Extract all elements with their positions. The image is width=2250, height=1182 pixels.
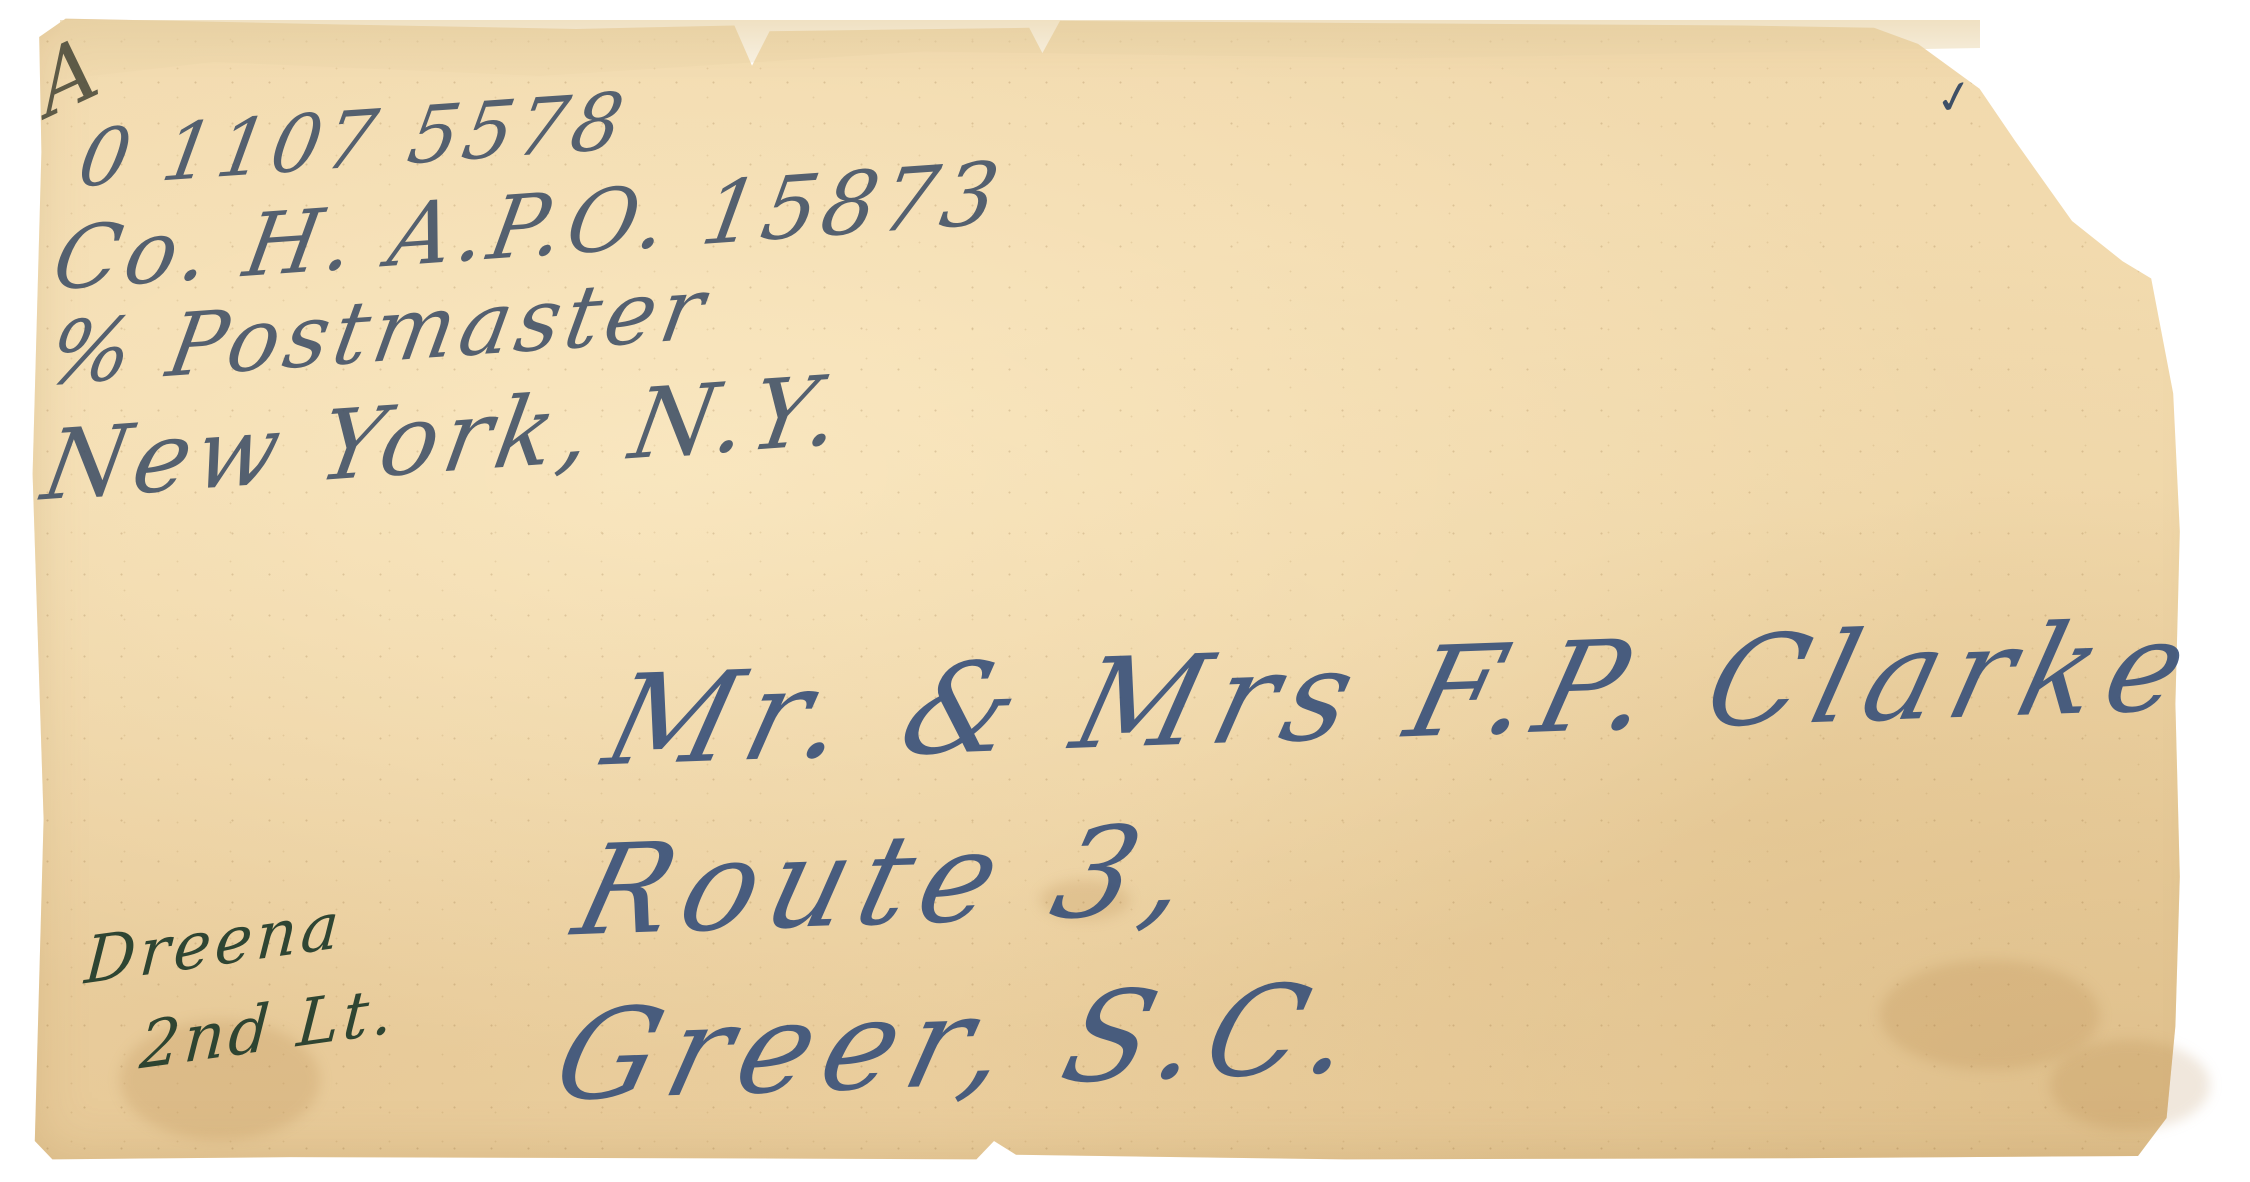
- check-mark-icon: ✓: [1931, 67, 1978, 127]
- recipient-city-state: Greer, S.C.: [542, 956, 1380, 1129]
- stain: [1880, 960, 2100, 1070]
- stain: [2050, 1040, 2210, 1130]
- recipient-route: Route 3,: [562, 798, 1216, 965]
